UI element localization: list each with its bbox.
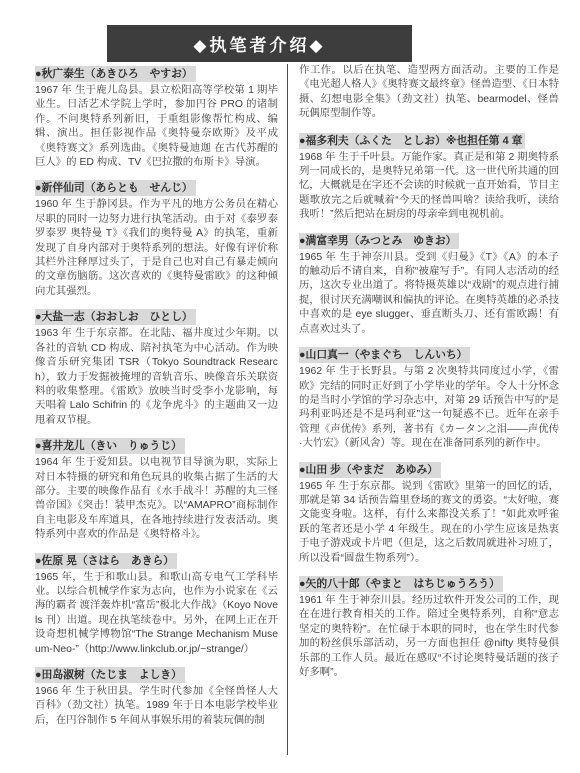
author-name-highlight: ●山口真一（やまぐち しんいち） (299, 347, 470, 363)
section-title: ◆执笔者介绍◆ (193, 31, 325, 56)
author-bio: 1968 年 生于千叶县。万能作家。真正是和第 2 期奥特系列一同成长的，是奥特… (299, 151, 559, 223)
author-bio: 1965 年 生于东京都。说到《雷欧》里第一的回忆的话，那就是第 34 话预告篇… (299, 480, 559, 566)
author-bio: 1965 年，生于和歌山县。和歌山高专电气工学科毕业。以综合机械学作家为志向，也… (35, 571, 278, 657)
right-column: 作工作。以后在执笔、造型两方面活动。主要的工作是《电光超人格人》《奥特赛文最终章… (288, 64, 559, 755)
author-entry-tajima: ●田岛淑树（たじま よしき） 1966 年 生于秋田县。学生时代参加《全怪兽怪人… (35, 665, 278, 728)
author-name-highlight: ●矢的八十郎（やまと はちじゅうろう） (299, 576, 503, 592)
author-name-highlight: ●佐原 晃（さはら あきら） (35, 553, 177, 569)
author-name-highlight: ●满富幸男（みつとみ ゆきお） (299, 233, 459, 249)
author-name-highlight: ●喜井龙儿（きい りゅうじ） (35, 438, 185, 454)
author-bio: 1961 年 生于神奈川县。经历过软件开发公司的工作，现在在进行教育相关的工作。… (299, 594, 559, 680)
tajima-bio-continuation: 作工作。以后在执笔、造型两方面活动。主要的工作是《电光超人格人》《奥特赛文最终章… (299, 64, 559, 122)
author-entry-akihiro: ●秋广泰生（あきひろ やすお） 1967 年 生于鹿儿岛县。县立松阳高等学校第 … (35, 64, 278, 170)
author-entry-mitsutomi: ●满富幸男（みつとみ ゆきお） 1965 年 生于神奈川县。受到《归曼》《T》《… (299, 231, 559, 337)
author-bio: 1964 年 生于爱知县。以电视节目导演为职，实际上对日本特摄的研究和角色玩具的… (35, 456, 278, 542)
author-bio: 1963 年 生于东京都。在北陆、福井度过少年期。以各社的音轨 CD 构成、陪衬… (35, 327, 278, 428)
author-bio: 1965 年 生于神奈川县。受到《归曼》《T》《A》的本子的触动后不请自来，自称… (299, 251, 559, 337)
author-entry-yamaguchi: ●山口真一（やまぐち しんいち） 1962 年 生于长野县。与第 2 次奥特共同… (299, 345, 559, 451)
author-entry-yamato: ●矢的八十郎（やまと はちじゅうろう） 1961 年 生于神奈川县。经历过软件开… (299, 574, 559, 680)
book-page: ◆执笔者介绍◆ ●秋广泰生（あきひろ やすお） 1967 年 生于鹿儿岛县。县立… (0, 0, 580, 773)
author-name-highlight: ●新伴仙司（あらとも せんじ） (35, 180, 196, 196)
author-entry-ooshio: ●大盐一志（おおしお ひとし） 1963 年 生于东京都。在北陆、福井度过少年期… (35, 307, 278, 428)
two-column-text: ●秋广泰生（あきひろ やすお） 1967 年 生于鹿儿岛县。县立松阳高等学校第 … (35, 64, 559, 755)
author-bio: 1960 年 生于静冈县。作为平凡的地方公务员在精心尽职的同时一边努力进行执笔活… (35, 198, 278, 299)
author-name-highlight: ●田岛淑树（たじま よしき） (35, 667, 185, 683)
section-title-banner: ◆执笔者介绍◆ (107, 25, 412, 62)
author-entry-sahara: ●佐原 晃（さはら あきら） 1965 年，生于和歌山县。和歌山高专电气工学科毕… (35, 551, 278, 657)
author-entry-aratomo: ●新伴仙司（あらとも せんじ） 1960 年 生于静冈县。作为平凡的地方公务员在… (35, 178, 278, 299)
author-bio: 1967 年 生于鹿儿岛县。县立松阳高等学校第 1 期毕业生。日活艺术学院上学时… (35, 84, 278, 170)
author-entry-yamada: ●山田 步（やまだ あゆみ） 1965 年 生于东京都。说到《雷欧》里第一的回忆… (299, 460, 559, 566)
author-name-highlight: ●秋广泰生（あきひろ やすお） (35, 66, 196, 82)
author-bio: 1962 年 生于长野县。与第 2 次奥特共同度过小学，《雷欧》完结的同时正好到… (299, 365, 559, 451)
author-name-highlight: ●大盐一志（おおしお ひとし） (35, 309, 196, 325)
left-column: ●秋广泰生（あきひろ やすお） 1967 年 生于鹿儿岛县。县立松阳高等学校第 … (35, 64, 288, 755)
author-entry-fukuta: ●福多利夫（ふくた としお）※也担任第 4 章 1968 年 生于千叶县。万能作… (299, 131, 559, 223)
author-name-highlight: ●福多利夫（ふくた としお）※也担任第 4 章 (299, 133, 525, 149)
author-name-highlight: ●山田 步（やまだ あゆみ） (299, 462, 441, 478)
author-bio: 1966 年 生于秋田县。学生时代参加《全怪兽怪人大百科》（劲文社）执笔。198… (35, 685, 278, 728)
author-entry-kii: ●喜井龙儿（きい りゅうじ） 1964 年 生于爱知县。以电视节目导演为职，实际… (35, 436, 278, 542)
